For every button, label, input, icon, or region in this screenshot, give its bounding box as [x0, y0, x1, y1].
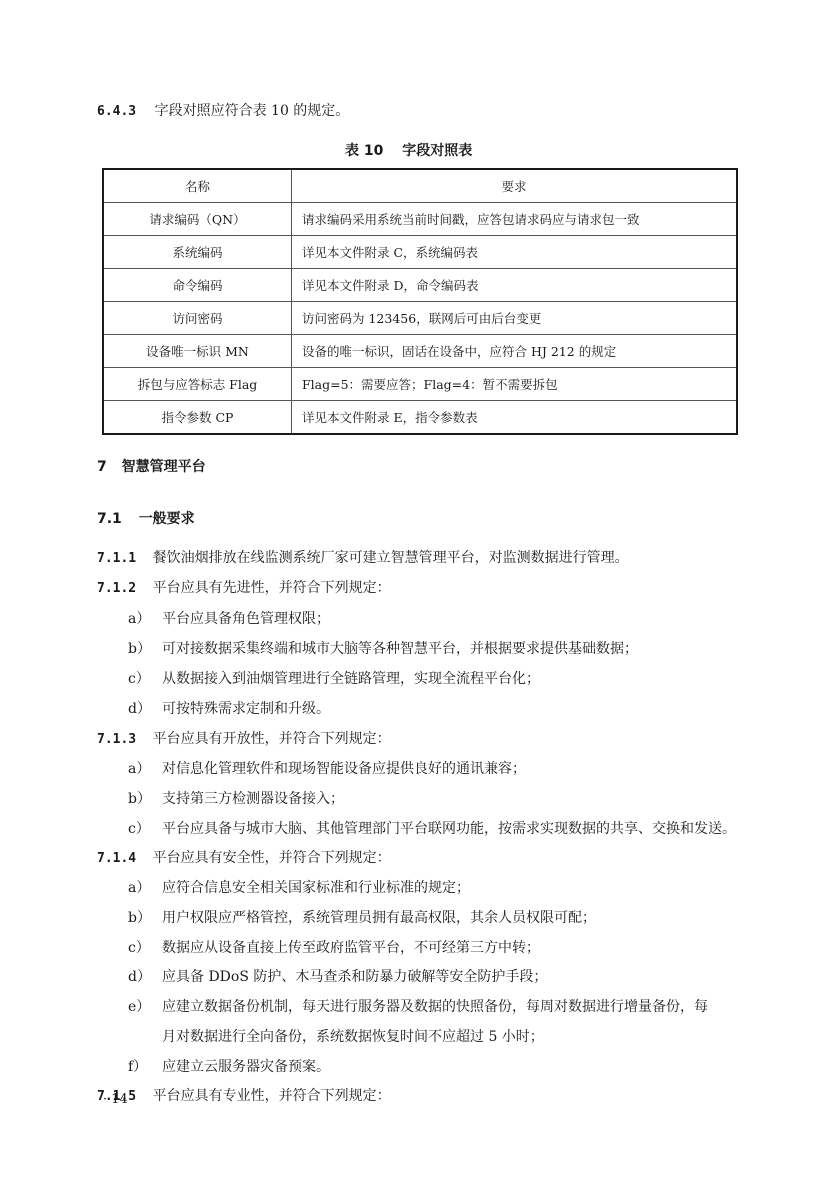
clause-text: 字段对照应符合表 10 的规定。: [155, 103, 350, 119]
clause-7-1-3: 7.1.3 平台应具有开放性，并符合下列规定：: [97, 728, 391, 748]
list-item: e）应建立数据备份机制，每天进行服务器及数据的快照备份，每周对数据进行增量备份，…: [128, 996, 708, 1016]
item-text: 对信息化管理软件和现场智能设备应提供良好的通讯兼容；: [162, 761, 526, 777]
field-mapping-table: 名称 要求 请求编码（QN） 请求编码采用系统当前时间戳，应答包请求码应与请求包…: [102, 168, 738, 435]
item-text: 可按特殊需求定制和升级。: [162, 701, 330, 717]
item-label: c）: [128, 668, 162, 688]
item-text: 数据应从设备直接上传至政府监管平台，不可经第三方中转；: [162, 940, 540, 956]
clause-number: 7.1.2: [97, 581, 136, 596]
item-text: 用户权限应严格管控，系统管理员拥有最高权限，其余人员权限可配；: [162, 910, 596, 926]
list-item: b）用户权限应严格管控，系统管理员拥有最高权限，其余人员权限可配；: [128, 907, 596, 927]
table-row: 设备唯一标识 MN 设备的唯一标识，固话在设备中，应符合 HJ 212 的规定: [103, 335, 737, 368]
list-item: a）平台应具备角色管理权限；: [128, 608, 330, 628]
item-text: 平台应具备与城市大脑、其他管理部门平台联网功能，按需求实现数据的共享、交换和发送…: [162, 821, 736, 837]
item-label: b）: [128, 788, 162, 808]
cell-name: 拆包与应答标志 Flag: [103, 368, 292, 401]
item-text: 可对接数据采集终端和城市大脑等各种智慧平台，并根据要求提供基础数据；: [162, 641, 638, 657]
clause-text: 平台应具有开放性，并符合下列规定：: [153, 731, 391, 747]
item-text: 应具备 DDoS 防护、木马查杀和防暴力破解等安全防护手段；: [162, 969, 547, 985]
list-item: c）平台应具备与城市大脑、其他管理部门平台联网功能，按需求实现数据的共享、交换和…: [128, 818, 736, 838]
clause-7-1-1: 7.1.1 餐饮油烟排放在线监测系统厂家可建立智慧管理平台，对监测数据进行管理。: [97, 547, 629, 567]
list-item: d）应具备 DDoS 防护、木马查杀和防暴力破解等安全防护手段；: [128, 966, 547, 986]
item-label: b）: [128, 907, 162, 927]
item-label: e）: [128, 996, 162, 1016]
table-row: 请求编码（QN） 请求编码采用系统当前时间戳，应答包请求码应与请求包一致: [103, 203, 737, 236]
item-label: f）: [128, 1056, 162, 1076]
cell-name: 设备唯一标识 MN: [103, 335, 292, 368]
item-label: d）: [128, 698, 162, 718]
clause-7-1-2: 7.1.2 平台应具有先进性，并符合下列规定：: [97, 577, 391, 597]
item-label: a）: [128, 758, 162, 778]
table-row: 拆包与应答标志 Flag Flag=5：需要应答；Flag=4：暂不需要拆包: [103, 368, 737, 401]
list-item: a）对信息化管理软件和现场智能设备应提供良好的通讯兼容；: [128, 758, 526, 778]
cell-name: 指令参数 CP: [103, 401, 292, 435]
clause-number: 6.4.3: [97, 104, 136, 119]
clause-text: 平台应具有安全性，并符合下列规定：: [153, 850, 391, 866]
item-text: 月对数据进行全向备份，系统数据恢复时间不应超过 5 小时；: [162, 1029, 544, 1045]
item-text: 应建立数据备份机制，每天进行服务器及数据的快照备份，每周对数据进行增量备份，每: [162, 999, 708, 1015]
list-item: b）支持第三方检测器设备接入；: [128, 788, 344, 808]
clause-number: 7.1.4: [97, 851, 136, 866]
list-item: b）可对接数据采集终端和城市大脑等各种智慧平台，并根据要求提供基础数据；: [128, 638, 638, 658]
table-row: 命令编码 详见本文件附录 D，命令编码表: [103, 269, 737, 302]
cell-requirement: 请求编码采用系统当前时间戳，应答包请求码应与请求包一致: [292, 203, 738, 236]
cell-requirement: 访问密码为 123456，联网后可由后台变更: [292, 302, 738, 335]
section-title: 智慧管理平台: [122, 459, 206, 475]
item-text: 从数据接入到油烟管理进行全链路管理，实现全流程平台化；: [162, 671, 540, 687]
section-7-1-heading: 7.1 一般要求: [97, 508, 195, 528]
list-item: d）可按特殊需求定制和升级。: [128, 698, 330, 718]
table-row: 访问密码 访问密码为 123456，联网后可由后台变更: [103, 302, 737, 335]
table-title: 表 10 字段对照表: [345, 140, 472, 160]
cell-requirement: 详见本文件附录 D，命令编码表: [292, 269, 738, 302]
cell-requirement: 设备的唯一标识，固话在设备中，应符合 HJ 212 的规定: [292, 335, 738, 368]
clause-7-1-5: 7.1.5 平台应具有专业性，并符合下列规定：: [97, 1085, 391, 1105]
clause-text: 餐饮油烟排放在线监测系统厂家可建立智慧管理平台，对监测数据进行管理。: [153, 550, 629, 566]
list-item: c）数据应从设备直接上传至政府监管平台，不可经第三方中转；: [128, 937, 540, 957]
item-label: b）: [128, 638, 162, 658]
cell-requirement: 详见本文件附录 E，指令参数表: [292, 401, 738, 435]
list-item: a）应符合信息安全相关国家标准和行业标准的规定；: [128, 877, 470, 897]
item-text: 支持第三方检测器设备接入；: [162, 791, 344, 807]
cell-name: 访问密码: [103, 302, 292, 335]
clause-7-1-4: 7.1.4 平台应具有安全性，并符合下列规定：: [97, 847, 391, 867]
cell-name: 系统编码: [103, 236, 292, 269]
clause-number: 7.1.3: [97, 732, 136, 747]
cell-name: 命令编码: [103, 269, 292, 302]
table-number: 表 10: [345, 143, 383, 159]
cell-requirement: 详见本文件附录 C，系统编码表: [292, 236, 738, 269]
cell-name: 请求编码（QN）: [103, 203, 292, 236]
item-label: a）: [128, 877, 162, 897]
list-item: c）从数据接入到油烟管理进行全链路管理，实现全流程平台化；: [128, 668, 540, 688]
item-text: 应符合信息安全相关国家标准和行业标准的规定；: [162, 880, 470, 896]
clause-text: 平台应具有专业性，并符合下列规定：: [153, 1088, 391, 1104]
cell-requirement: Flag=5：需要应答；Flag=4：暂不需要拆包: [292, 368, 738, 401]
header-name: 名称: [103, 169, 292, 203]
list-item: f）应建立云服务器灾备预案。: [128, 1056, 330, 1076]
table-header-row: 名称 要求: [103, 169, 737, 203]
item-label: c）: [128, 818, 162, 838]
item-text: 应建立云服务器灾备预案。: [162, 1059, 330, 1075]
item-label: c）: [128, 937, 162, 957]
item-text: 平台应具备角色管理权限；: [162, 611, 330, 627]
clause-number: 7.1.1: [97, 551, 136, 566]
clause-text: 平台应具有先进性，并符合下列规定：: [153, 580, 391, 596]
clause-6-4-3: 6.4.3 字段对照应符合表 10 的规定。: [97, 100, 349, 120]
section-title: 一般要求: [139, 511, 195, 527]
list-item-continuation: 月对数据进行全向备份，系统数据恢复时间不应超过 5 小时；: [162, 1026, 544, 1046]
item-label: a）: [128, 608, 162, 628]
item-label: d）: [128, 966, 162, 986]
table-row: 系统编码 详见本文件附录 C，系统编码表: [103, 236, 737, 269]
section-7-heading: 7 智慧管理平台: [97, 456, 206, 476]
table-row: 指令参数 CP 详见本文件附录 E，指令参数表: [103, 401, 737, 435]
page-number: · 14 ·: [103, 1092, 136, 1107]
table-caption: 字段对照表: [402, 143, 472, 159]
section-number: 7: [97, 459, 107, 475]
section-number: 7.1: [97, 511, 122, 527]
header-requirement: 要求: [292, 169, 738, 203]
